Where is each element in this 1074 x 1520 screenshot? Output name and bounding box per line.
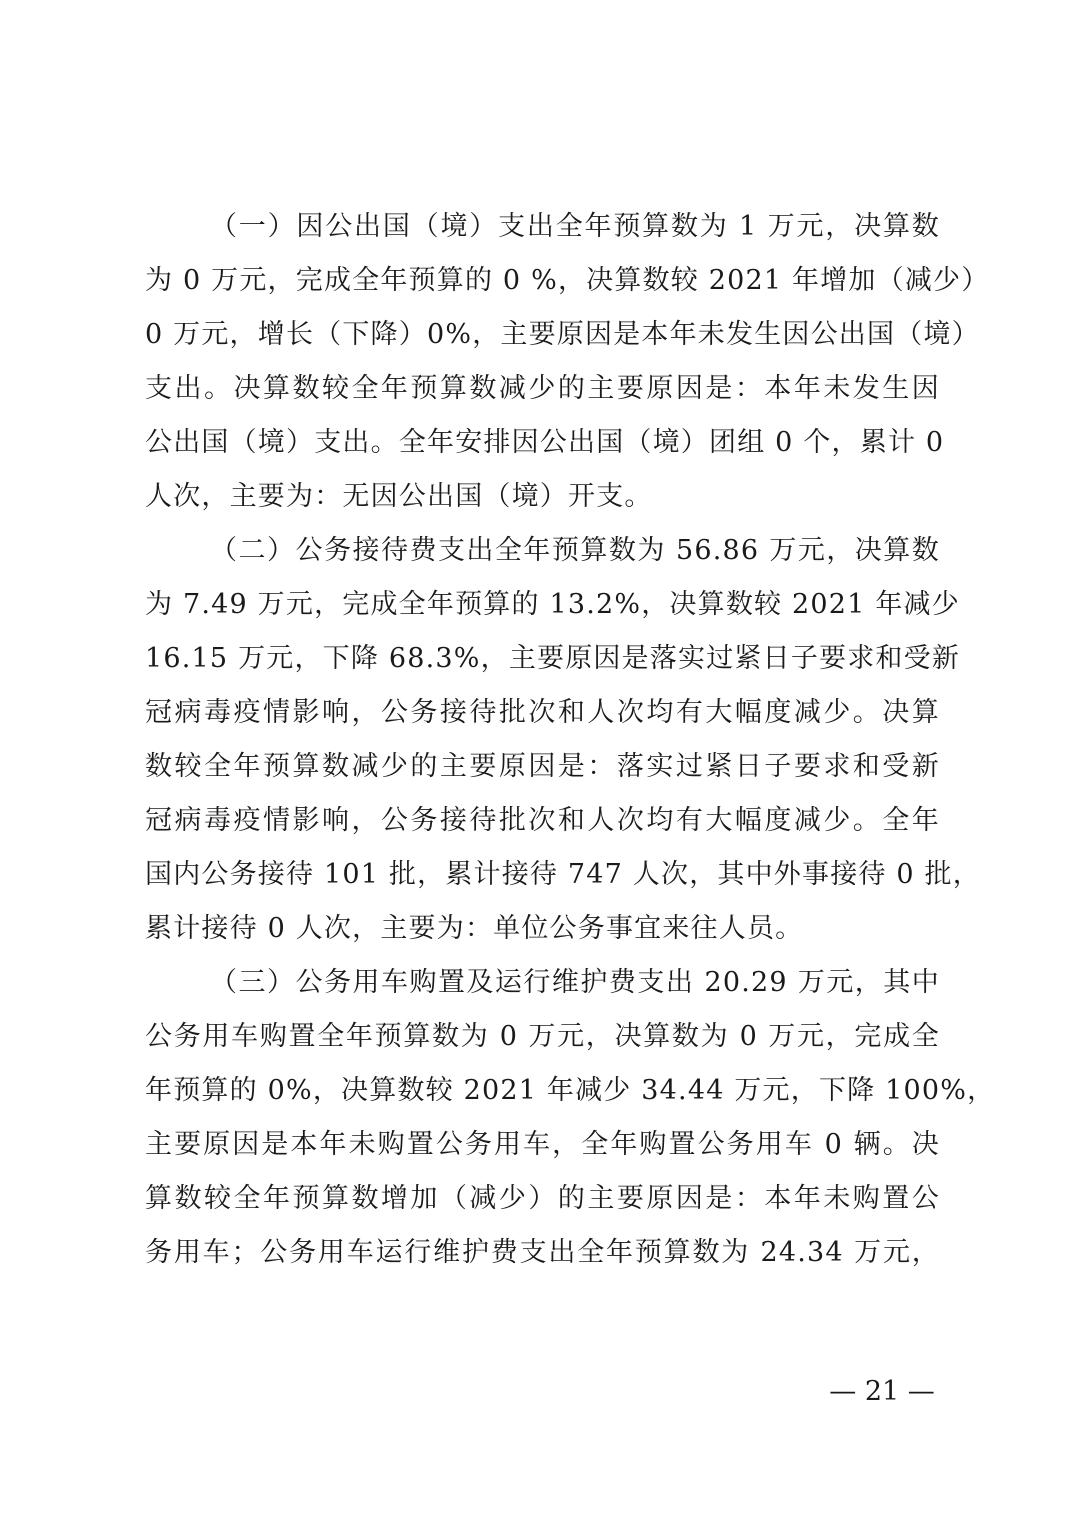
text-line: 16.15 万元，下降 68.3%，主要原因是落实过紧日子要求和受新	[145, 632, 940, 686]
paragraph-official-reception: （二）公务接待费支出全年预算数为 56.86 万元，决算数 为 7.49 万元，…	[145, 524, 940, 956]
text-line: 公出国（境）支出。全年安排因公出国（境）团组 0 个，累计 0	[145, 416, 940, 470]
text-line: 冠病毒疫情影响，公务接待批次和人次均有大幅度减少。全年	[145, 794, 940, 848]
text-line: 年预算的 0%，决算数较 2021 年减少 34.44 万元，下降 100%，	[145, 1064, 940, 1118]
document-page: （一）因公出国（境）支出全年预算数为 1 万元，决算数 为 0 万元，完成全年预…	[0, 0, 1074, 1520]
text-line: 算数较全年预算数增加（减少）的主要原因是：本年未购置公	[145, 1172, 940, 1226]
paragraph-official-vehicles: （三）公务用车购置及运行维护费支出 20.29 万元，其中 公务用车购置全年预算…	[145, 956, 940, 1280]
text-line: 为 7.49 万元，完成全年预算的 13.2%，决算数较 2021 年减少	[145, 578, 940, 632]
text-line: 人次，主要为：无因公出国（境）开支。	[145, 470, 940, 524]
text-line: 务用车；公务用车运行维护费支出全年预算数为 24.34 万元，	[145, 1226, 940, 1280]
text-line: 支出。决算数较全年预算数减少的主要原因是：本年未发生因	[145, 362, 940, 416]
text-line: 公务用车购置全年预算数为 0 万元，决算数为 0 万元，完成全	[145, 1010, 940, 1064]
text-line: 数较全年预算数减少的主要原因是：落实过紧日子要求和受新	[145, 740, 940, 794]
text-line: 0 万元，增长（下降）0%，主要原因是本年未发生因公出国（境）	[145, 308, 940, 362]
text-line: （三）公务用车购置及运行维护费支出 20.29 万元，其中	[145, 956, 940, 1010]
text-line: 国内公务接待 101 批，累计接待 747 人次，其中外事接待 0 批，	[145, 848, 940, 902]
text-line: 冠病毒疫情影响，公务接待批次和人次均有大幅度减少。决算	[145, 686, 940, 740]
text-line: （一）因公出国（境）支出全年预算数为 1 万元，决算数	[145, 200, 940, 254]
page-number: — 21 —	[827, 1372, 937, 1412]
document-body: （一）因公出国（境）支出全年预算数为 1 万元，决算数 为 0 万元，完成全年预…	[145, 200, 940, 1280]
text-line: （二）公务接待费支出全年预算数为 56.86 万元，决算数	[145, 524, 940, 578]
text-line: 主要原因是本年未购置公务用车，全年购置公务用车 0 辆。决	[145, 1118, 940, 1172]
text-line: 累计接待 0 人次，主要为：单位公务事宜来往人员。	[145, 902, 940, 956]
text-line: 为 0 万元，完成全年预算的 0 %，决算数较 2021 年增加（减少）	[145, 254, 940, 308]
paragraph-overseas-travel: （一）因公出国（境）支出全年预算数为 1 万元，决算数 为 0 万元，完成全年预…	[145, 200, 940, 524]
